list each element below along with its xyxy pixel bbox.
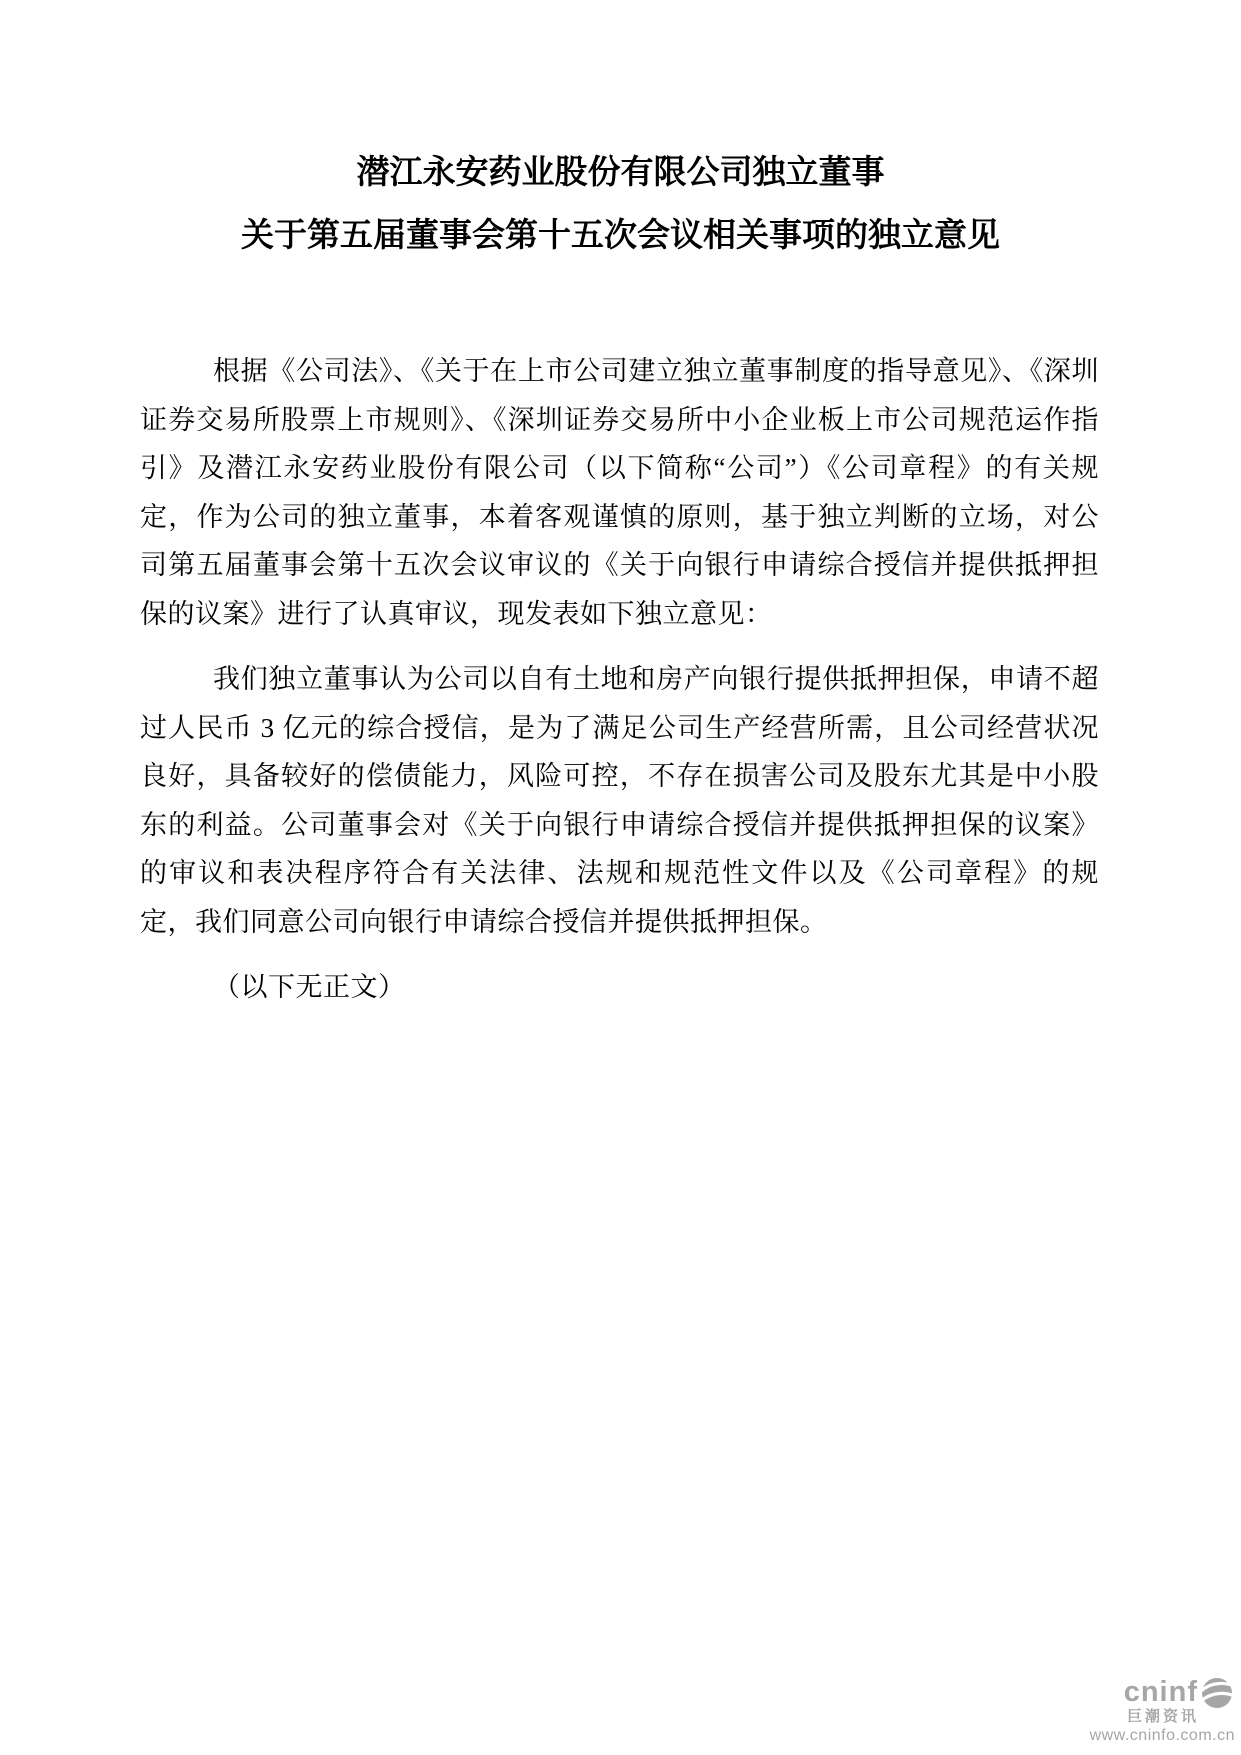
cninfo-brand-chinese: 巨潮资讯 [1090,1709,1199,1726]
cninfo-logo-text: cninf [1124,1677,1198,1709]
document-title-line-2: 关于第五届董事会第十五次会议相关事项的独立意见 [0,209,1241,261]
paragraph-basis: 根据《公司法》、《关于在上市公司建立独立董事制度的指导意见》、《深圳证券交易所股… [140,347,1099,638]
document-title-line-1: 潜江永安药业股份有限公司独立董事 [0,146,1241,198]
cninfo-watermark: cninf 巨潮资讯 www.cninfo.com.cn [1090,1677,1235,1745]
paragraph-opinion: 我们独立董事认为公司以自有土地和房产向银行提供抵押担保，申请不超过人民币 3 亿… [140,655,1099,946]
cninfo-logo-row: cninf [1090,1677,1235,1709]
document-page: 潜江永安药业股份有限公司独立董事 关于第五届董事会第十五次会议相关事项的独立意见… [0,0,1241,1755]
closing-note: （以下无正文） [140,963,1099,1012]
document-title: 潜江永安药业股份有限公司独立董事 关于第五届董事会第十五次会议相关事项的独立意见 [0,146,1241,261]
cninfo-url: www.cninfo.com.cn [1090,1727,1235,1745]
cninfo-globe-swirl-icon [1201,1677,1233,1709]
document-body: 根据《公司法》、《关于在上市公司建立独立董事制度的指导意见》、《深圳证券交易所股… [140,347,1099,1012]
